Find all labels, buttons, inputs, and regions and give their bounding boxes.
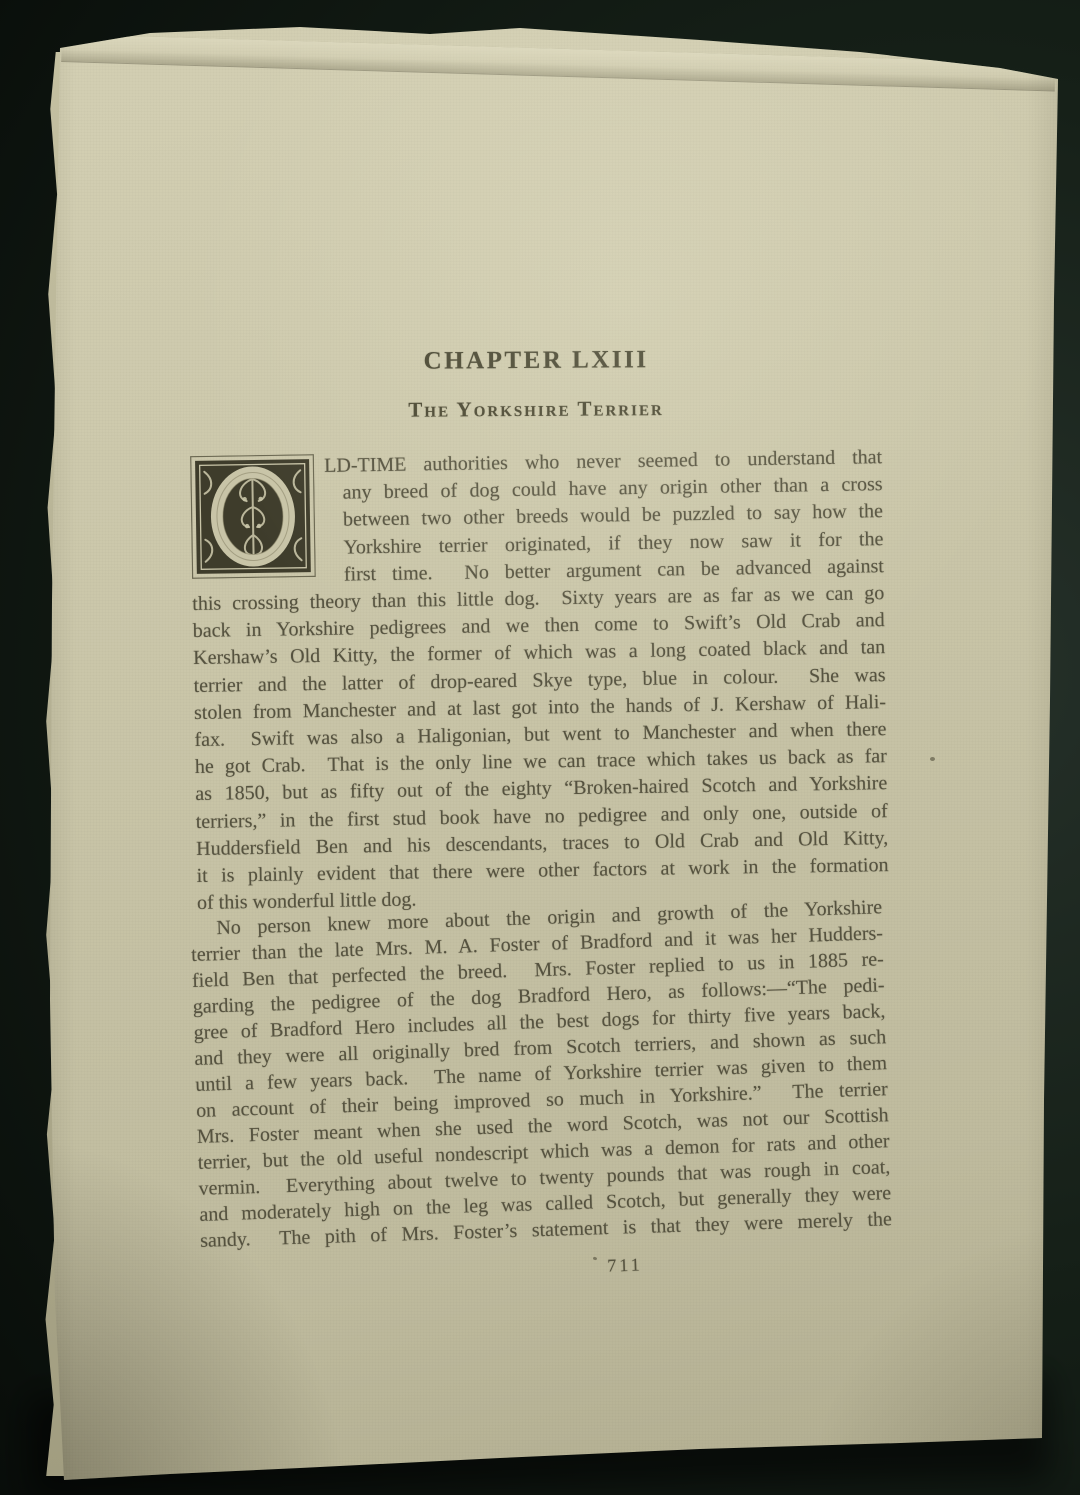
photograph-background: CHAPTER LXIII The Yorkshire Terrier LD-T… [0,0,1080,1495]
book-page: CHAPTER LXIII The Yorkshire Terrier LD-T… [0,0,1080,1495]
paper-vignette [0,0,1080,1495]
